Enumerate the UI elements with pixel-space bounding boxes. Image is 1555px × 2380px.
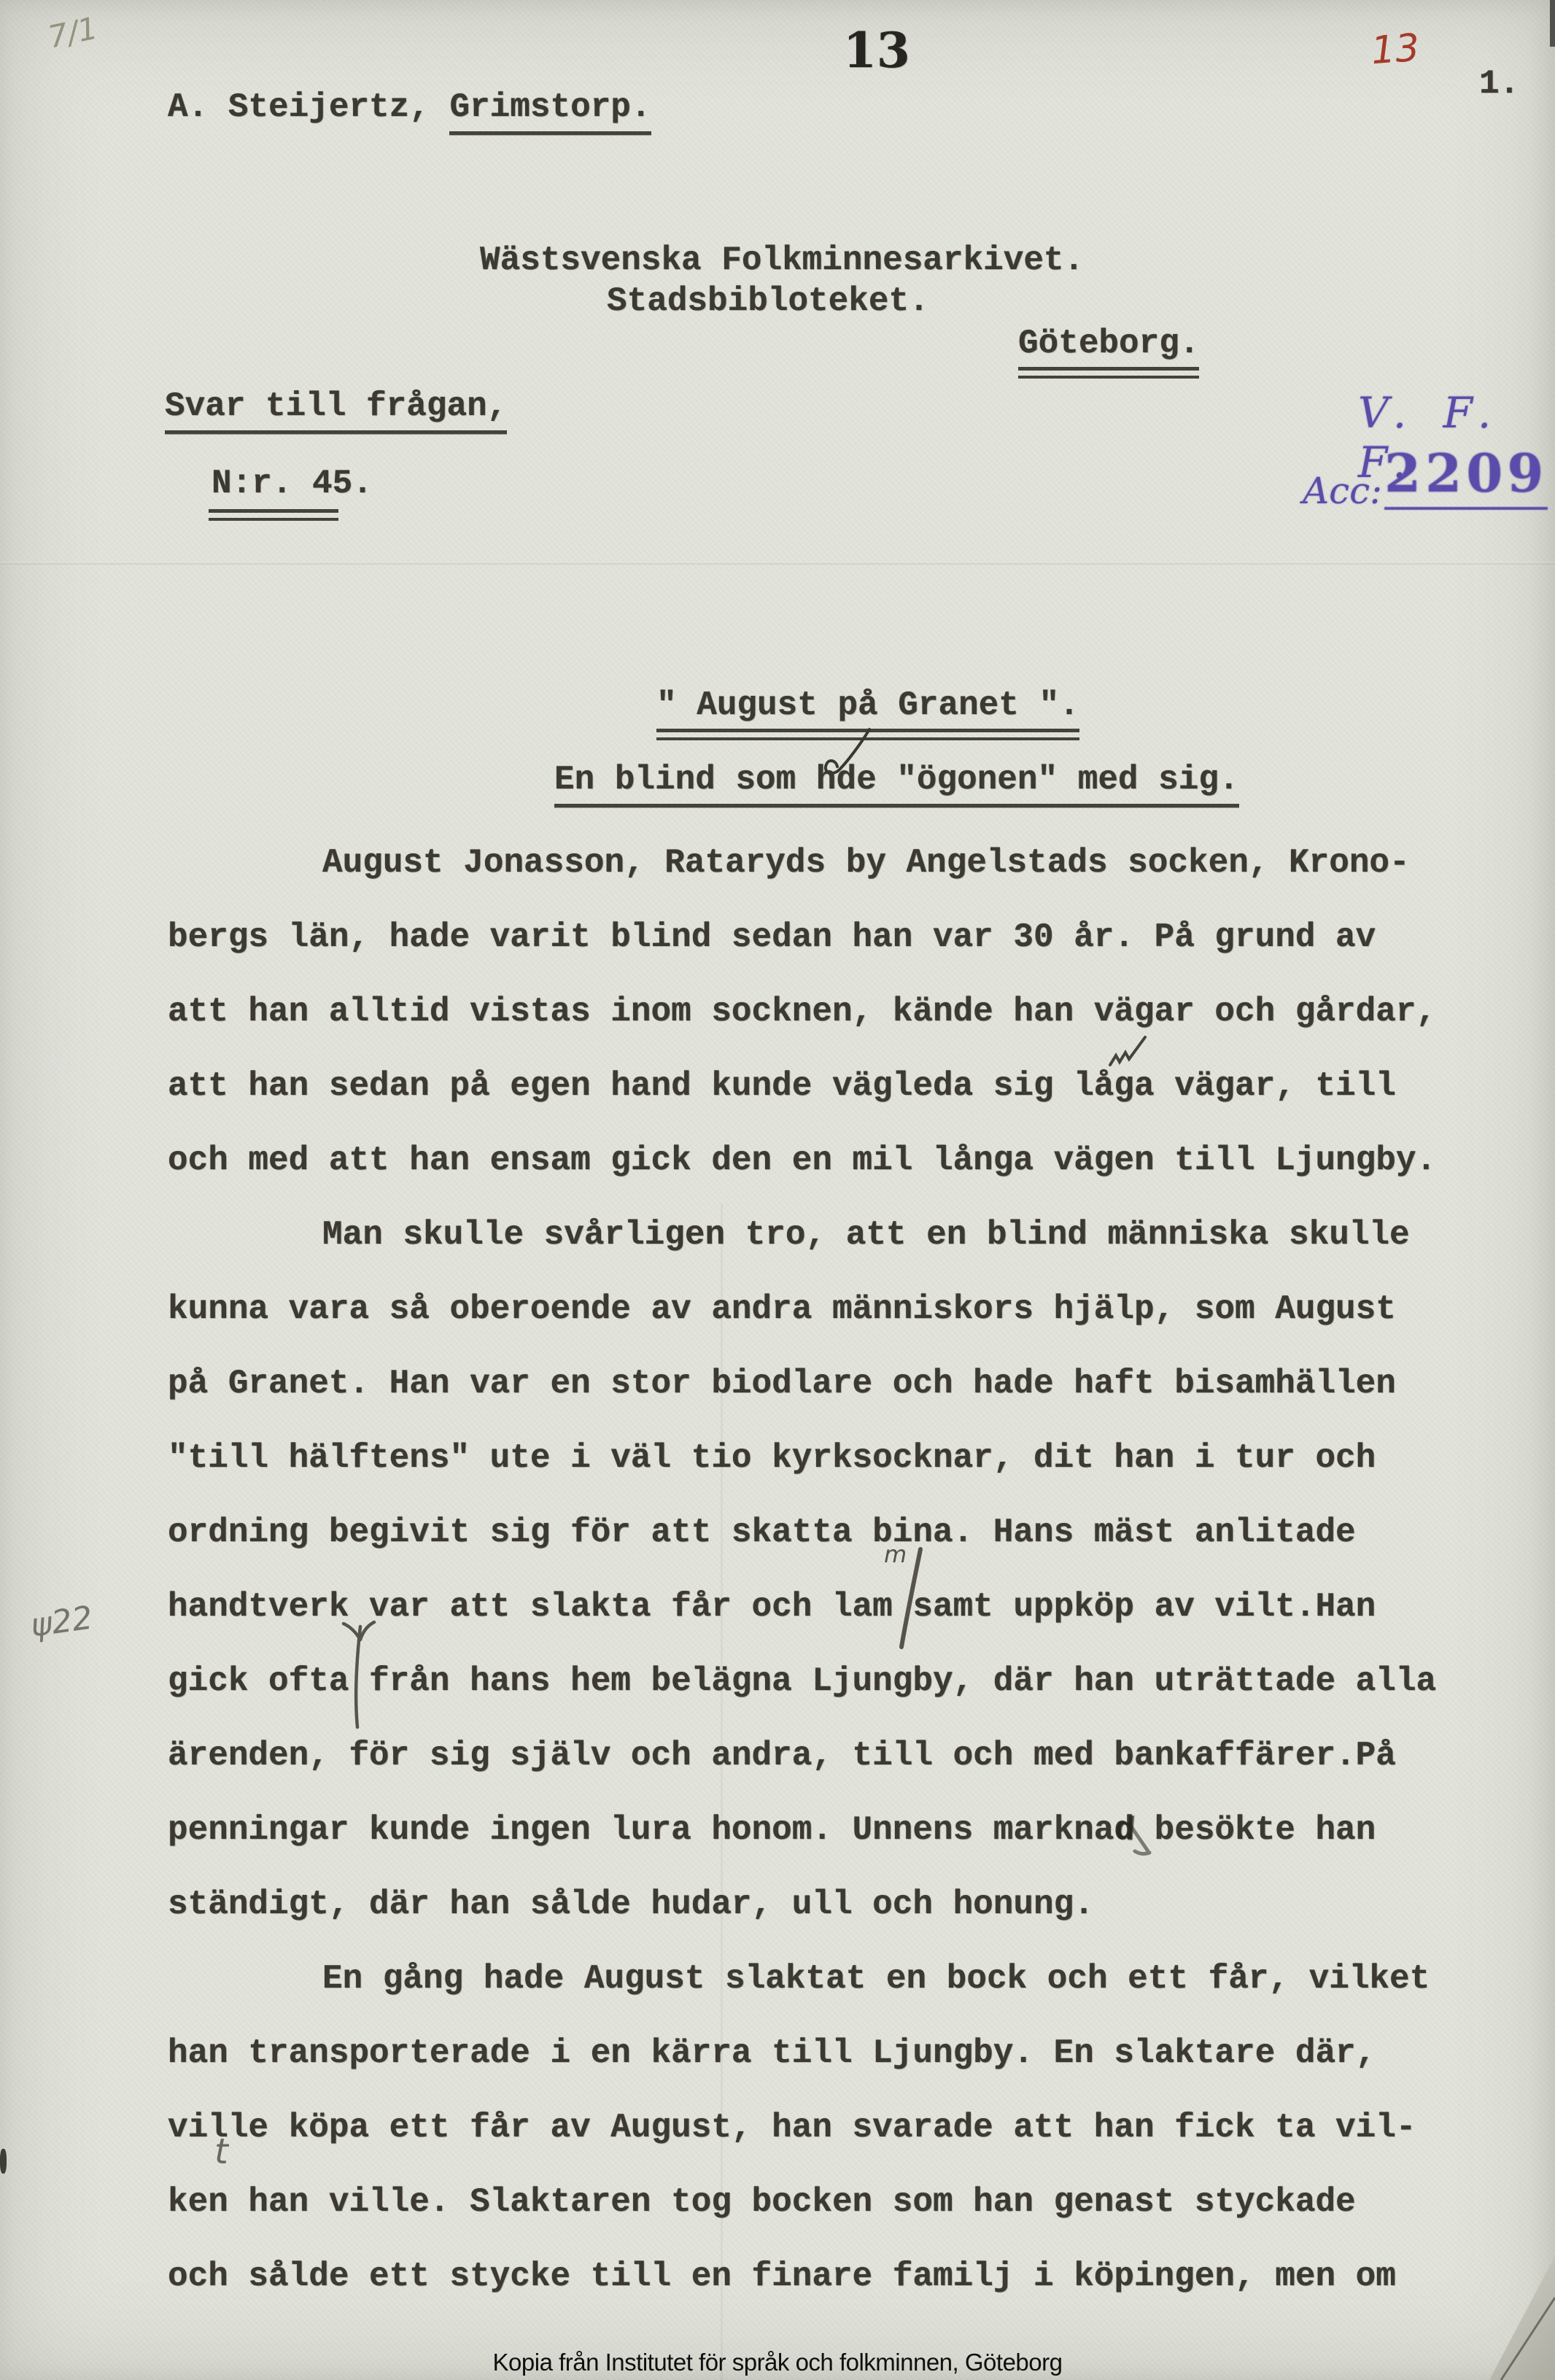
body-line: Man skulle svårligen tro, att en blind m… bbox=[322, 1218, 1410, 1252]
body-line: ärenden, för sig själv och andra, till o… bbox=[168, 1739, 1396, 1772]
reference-line-wrap: Svar till frågan, bbox=[165, 389, 507, 423]
body-line: En gång hade August slaktat en bock och … bbox=[322, 1962, 1430, 1996]
red-handwritten-page-number: 13 bbox=[1370, 26, 1421, 73]
horizontal-fold-crease bbox=[0, 562, 1555, 565]
document-subtitle-wrap: En blind som hde "ögonen" med sig. bbox=[554, 763, 1239, 796]
letterhead-library: Stadsbibloteket. bbox=[607, 284, 929, 318]
body-line: ständigt, där han sålde hudar, ull och h… bbox=[168, 1888, 1094, 1921]
body-line: bergs län, hade varit blind sedan han va… bbox=[168, 920, 1376, 954]
letterhead-city: Göteborg. bbox=[1018, 327, 1199, 379]
overtyped-character: d bbox=[1114, 1811, 1137, 1850]
body-line: gick ofta från hans hem belägna Ljungby,… bbox=[168, 1664, 1436, 1698]
stamp-acc-label: Acc: bbox=[1303, 470, 1382, 512]
body-line: att han alltid vistas inom socknen, känd… bbox=[168, 995, 1436, 1028]
scanned-paper-background bbox=[0, 0, 1555, 2380]
body-line: att han sedan på egen hand kunde vägleda… bbox=[168, 1069, 1396, 1103]
pencil-inserted-t: t bbox=[214, 2131, 228, 2172]
author-line: A. Steijertz, Grimstorp. bbox=[168, 90, 651, 124]
scan-edge-artifact bbox=[1550, 0, 1555, 47]
reference-number-underline bbox=[209, 509, 338, 521]
body-line: och sålde ett stycke till en finare fami… bbox=[168, 2260, 1396, 2293]
typed-sheet-number: 1. bbox=[1479, 67, 1519, 101]
body-line: handtverk var att slakta får och lam sam… bbox=[168, 1590, 1376, 1624]
body-line: ville köpa ett får av August, han svarad… bbox=[168, 2111, 1416, 2144]
author-name: A. Steijertz, bbox=[168, 88, 449, 126]
body-line: penningar kunde ingen lura honom. Unnens… bbox=[168, 1813, 1376, 1847]
reference-number: N:r. 45. bbox=[212, 467, 373, 500]
pencil-inserted-m: m bbox=[884, 1540, 907, 1568]
archive-copy-caption: Kopia från Institutet för språk och folk… bbox=[0, 2349, 1555, 2376]
body-line: kunna vara så oberoende av andra människ… bbox=[168, 1292, 1396, 1326]
body-line: ken han ville. Slaktaren tog bocken som … bbox=[168, 2185, 1356, 2219]
document-subtitle: En blind som hde "ögonen" med sig. bbox=[554, 761, 1239, 807]
scan-speck bbox=[0, 2149, 7, 2174]
author-place-underlined: Grimstorp. bbox=[449, 88, 651, 135]
body-line: och med att han ensam gick den en mil lå… bbox=[168, 1144, 1436, 1177]
stamp-acc-number: 2209 bbox=[1384, 442, 1548, 510]
body-line: på Granet. Han var en stor biodlare och … bbox=[168, 1367, 1396, 1400]
letterhead-archive: Wästsvenska Folkminnesarkivet. bbox=[480, 244, 1084, 277]
stamped-page-number: 13 bbox=[843, 26, 910, 74]
body-line: "till hälftens" ute i väl tio kyrksockna… bbox=[168, 1441, 1376, 1475]
body-line: han transporterade i en kärra till Ljung… bbox=[168, 2036, 1376, 2070]
document-title: " August på Granet ". bbox=[656, 689, 1079, 740]
body-line: ordning begivit sig för att skatta bina.… bbox=[168, 1516, 1356, 1549]
reference-line: Svar till frågan, bbox=[165, 387, 507, 434]
body-line: August Jonasson, Rataryds by Angelstads … bbox=[322, 846, 1410, 880]
